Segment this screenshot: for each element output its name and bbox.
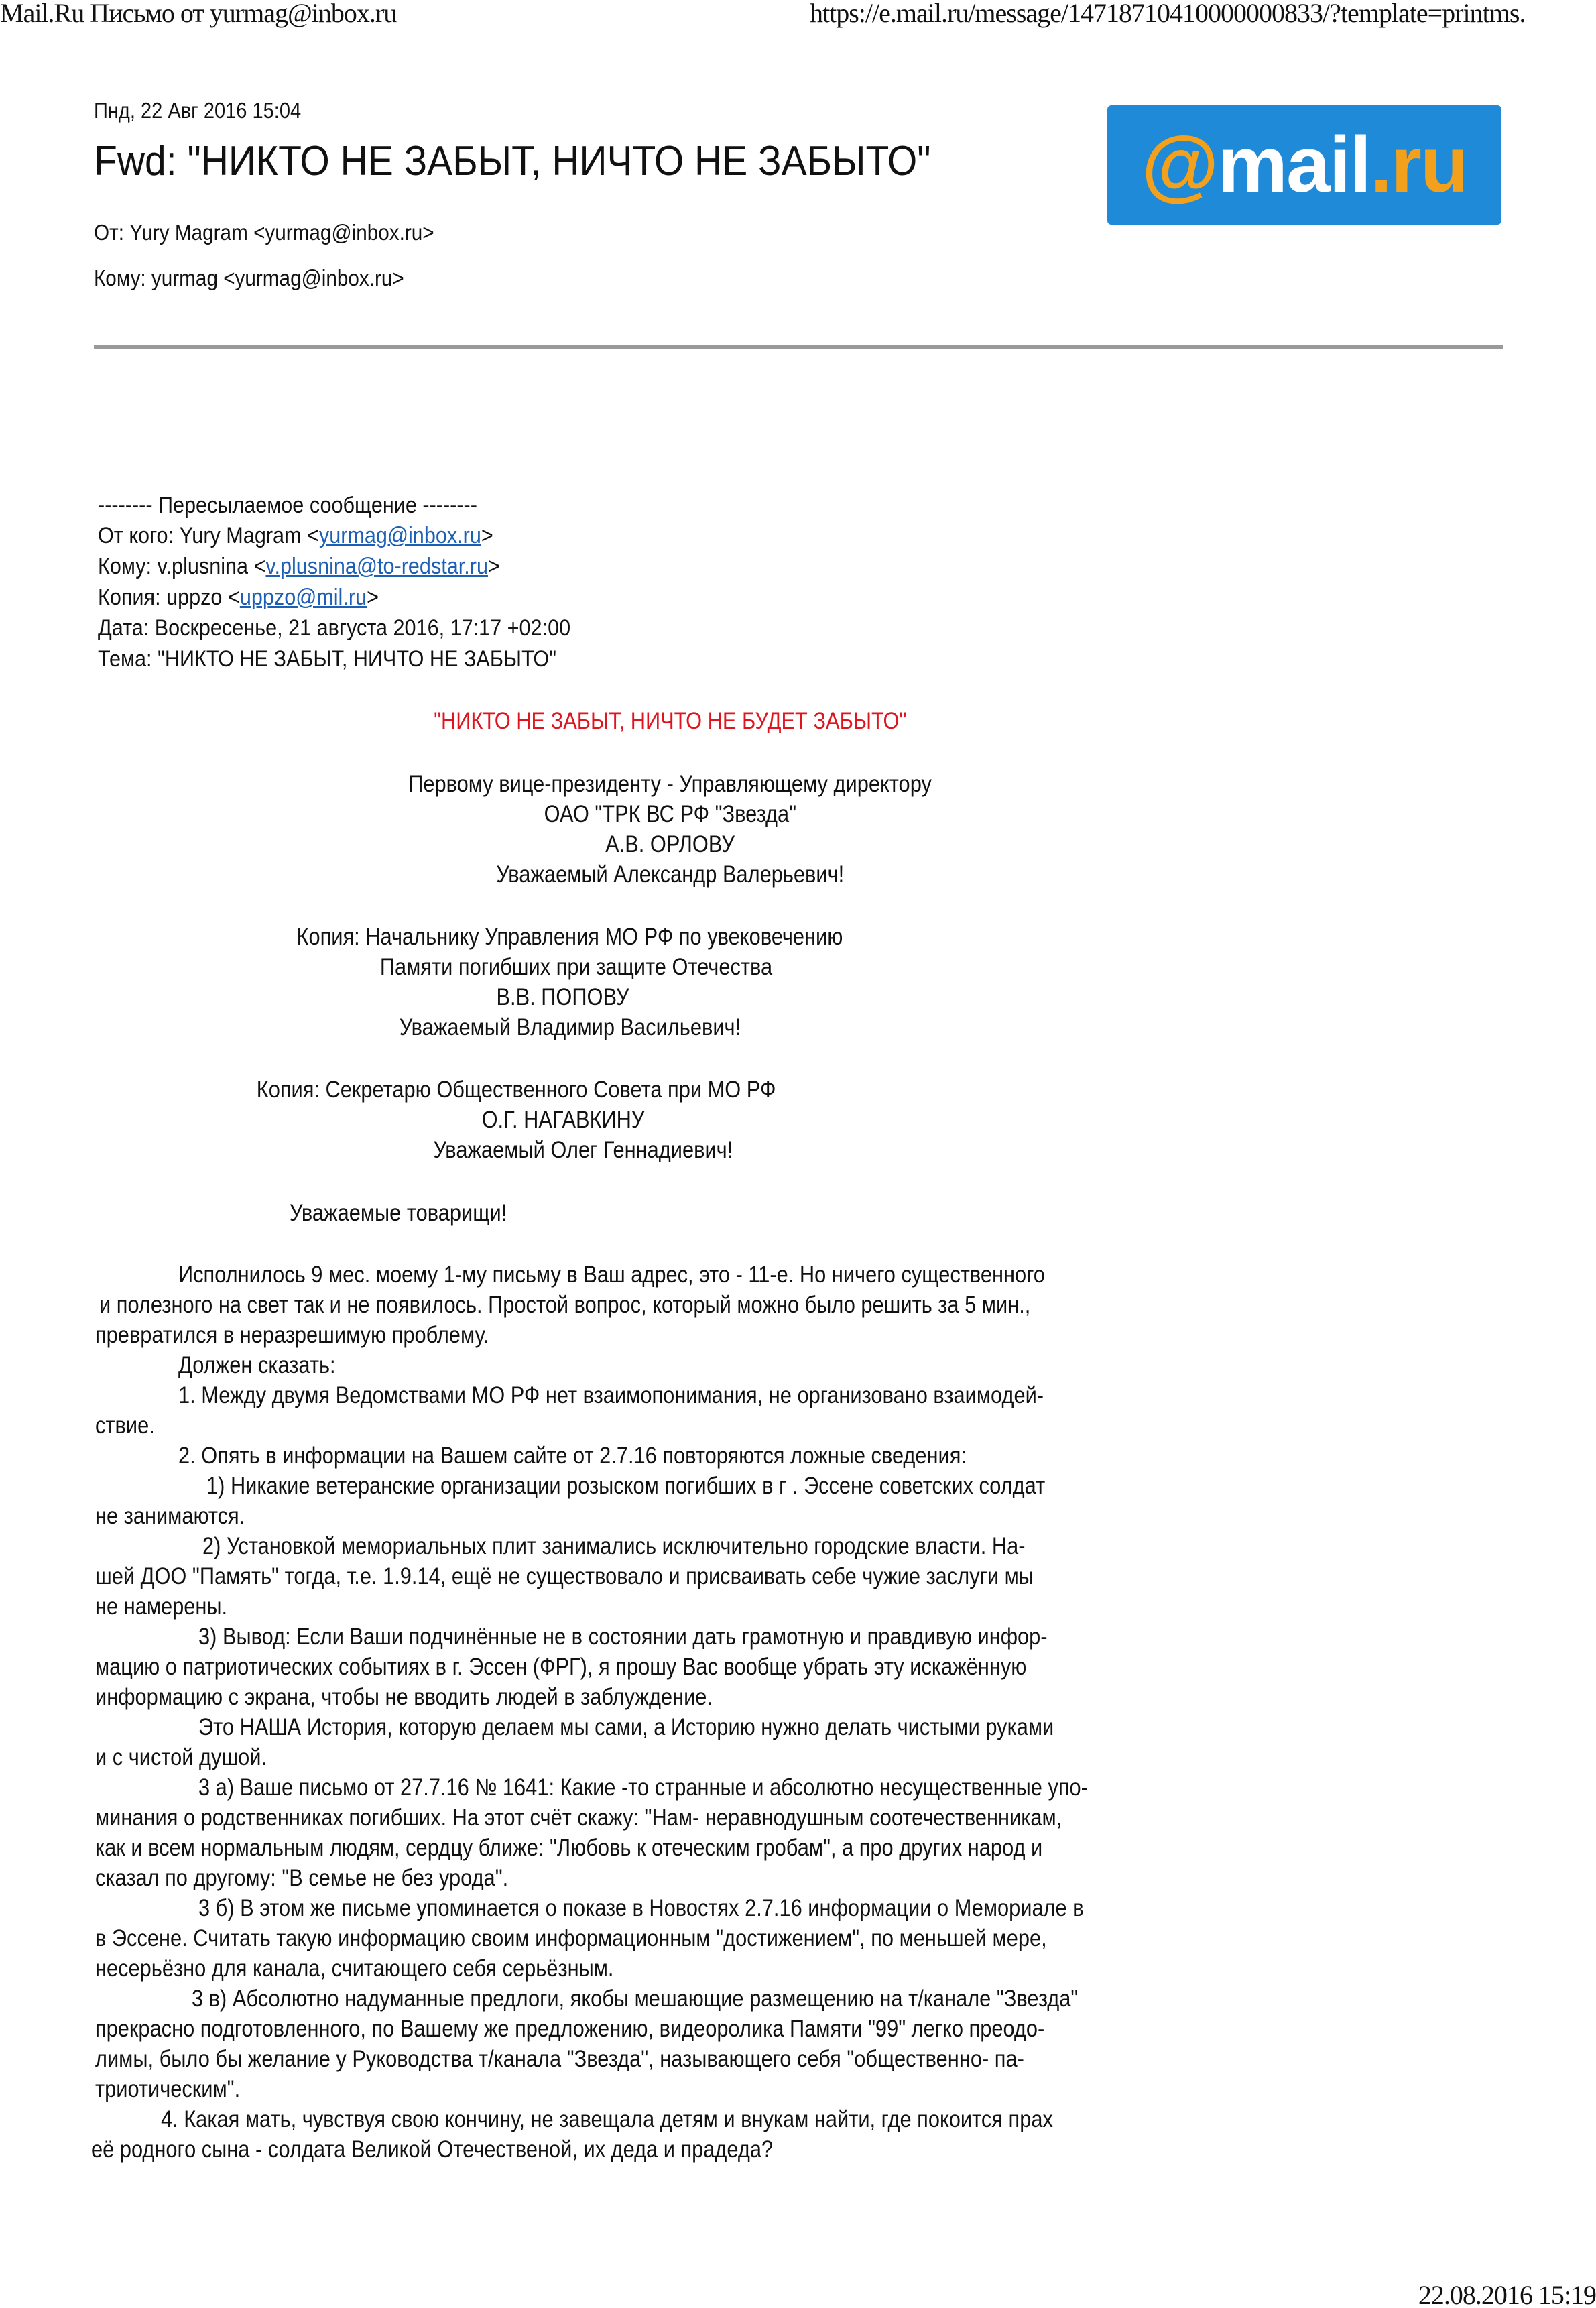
addressee2-line: В.В. ПОПОВУ — [0, 984, 1233, 1011]
addressee3-line: Копия: Секретарю Общественного Совета пр… — [0, 1077, 1186, 1103]
at-sign-icon: @ — [1142, 119, 1217, 210]
body-line: превратился в неразрешимую проблему. — [95, 1322, 489, 1349]
addressee2-line: Памяти погибших при защите Отечества — [0, 954, 1247, 981]
body-line: 3 а) Ваше письмо от 27.7.16 № 1641: Каки… — [198, 1774, 1088, 1801]
body-line: ствие. — [95, 1412, 155, 1439]
letter-red-title-text: "НИКТО НЕ ЗАБЫТ, НИЧТО НЕ БУДЕТ ЗАБЫТО" — [434, 708, 906, 735]
body-line: её родного сына - солдата Великой Отечес… — [91, 2136, 773, 2163]
body-line: несерьёзно для канала, считающего себя с… — [95, 1955, 613, 1982]
body-line: Это НАША История, которую делаем мы сами… — [198, 1714, 1054, 1741]
print-timestamp: 22.08.2016 15:19 — [1418, 2279, 1596, 2308]
addressee3-greeting: Уважаемый Олег Геннадиевич! — [0, 1137, 1253, 1164]
forwarded-to: Кому: v.plusnina <v.plusnina@to-redstar.… — [98, 554, 500, 580]
body-line: Исполнилось 9 мес. моему 1-му письму в В… — [178, 1262, 1045, 1288]
addressee2-line-text: Копия: Начальнику Управления МО РФ по ув… — [297, 924, 843, 951]
addressee3-line: О.Г. НАГАВКИНУ — [0, 1107, 1233, 1134]
body-line: не намерены. — [95, 1593, 227, 1620]
body-line: Должен сказать: — [178, 1352, 336, 1379]
body-line: мацию о патриотических событиях в г. Эсс… — [95, 1654, 1026, 1681]
bracket: > — [481, 523, 493, 548]
body-line: как и всем нормальным людям, сердцу ближ… — [95, 1835, 1042, 1862]
bracket: > — [488, 554, 500, 579]
body-line: шей ДОО "Память" тогда, т.е. 1.9.14, ещё… — [95, 1563, 1034, 1590]
forwarded-separator: -------- Пересылаемое сообщение -------- — [98, 493, 477, 519]
header-divider — [94, 345, 1503, 349]
logo-ru-text: ru — [1391, 119, 1467, 210]
body-line: 2. Опять в информации на Вашем сайте от … — [178, 1443, 967, 1469]
body-line: 3) Вывод: Если Ваши подчинённые не в сос… — [198, 1624, 1048, 1650]
addressee1-greeting: Уважаемый Александр Валерьевич! — [0, 861, 1341, 888]
body-line: и с чистой душой. — [95, 1744, 267, 1771]
mail-ru-logo: @mail.ru — [1107, 105, 1501, 225]
forwarded-cc-label: Копия: uppzo < — [98, 585, 240, 610]
forwarded-subject: Тема: "НИКТО НЕ ЗАБЫТ, НИЧТО НЕ ЗАБЫТО" — [98, 646, 556, 672]
forwarded-cc-email-link[interactable]: uppzo@mil.ru — [240, 585, 367, 610]
letter-greeting: Уважаемые товарищи! — [290, 1200, 507, 1227]
body-line: 4. Какая мать, чувствуя свою кончину, не… — [161, 2106, 1053, 2133]
forwarded-to-email-link[interactable]: v.plusnina@to-redstar.ru — [265, 554, 488, 579]
message-date: Пнд, 22 Авг 2016 15:04 — [94, 98, 301, 123]
addressee2-line-text: Памяти погибших при защите Отечества — [380, 954, 772, 981]
addressee3-greeting-text: Уважаемый Олег Геннадиевич! — [434, 1137, 733, 1164]
body-line: не занимаются. — [95, 1503, 245, 1530]
body-line: 2) Установкой мемориальных плит занимали… — [202, 1533, 1025, 1560]
addressee1-line: А.В. ОРЛОВУ — [0, 831, 1341, 858]
forwarded-to-label: Кому: v.plusnina < — [98, 554, 265, 579]
body-line: 3 в) Абсолютно надуманные предлоги, якоб… — [192, 1986, 1078, 2012]
message-subject: Fwd: "НИКТО НЕ ЗАБЫТ, НИЧТО НЕ ЗАБЫТО" — [94, 137, 930, 185]
addressee2-line: Копия: Начальнику Управления МО РФ по ув… — [0, 924, 1240, 951]
addressee1-line-text: А.В. ОРЛОВУ — [606, 831, 735, 858]
print-page-url: https://e.mail.ru/message/14718710410000… — [810, 0, 1525, 29]
body-line: 1) Никакие ветеранские организации розыс… — [206, 1473, 1045, 1500]
addressee1-line-text: Первому вице-президенту - Управляющему д… — [409, 771, 932, 798]
body-line: прекрасно подготовленного, по Вашему же … — [95, 2016, 1044, 2043]
forwarded-from-label: От кого: Yury Magram < — [98, 523, 319, 548]
message-to: Кому: yurmag <yurmag@inbox.ru> — [94, 265, 404, 291]
logo-mail-text: mail — [1217, 119, 1370, 210]
addressee3-line-text: Копия: Секретарю Общественного Совета пр… — [257, 1077, 776, 1103]
addressee3-line-text: О.Г. НАГАВКИНУ — [482, 1107, 645, 1134]
body-line: и полезного на свет так и не появилось. … — [99, 1292, 1030, 1319]
forwarded-cc: Копия: uppzo <uppzo@mil.ru> — [98, 585, 379, 611]
body-line: лимы, было бы желание у Руководства т/ка… — [95, 2046, 1024, 2073]
forwarded-from: От кого: Yury Magram <yurmag@inbox.ru> — [98, 523, 493, 549]
addressee1-line: Первому вице-президенту - Управляющему д… — [0, 771, 1341, 798]
forwarded-date: Дата: Воскресенье, 21 августа 2016, 17:1… — [98, 615, 570, 642]
print-page-title: Mail.Ru Письмо от yurmag@inbox.ru — [0, 0, 396, 29]
addressee1-line-text: ОАО "ТРК ВС РФ "Звезда" — [544, 801, 796, 828]
body-line: минания о родственниках погибших. На это… — [95, 1805, 1062, 1831]
body-line: 3 б) В этом же письме упоминается о пока… — [198, 1895, 1084, 1922]
forwarded-from-email-link[interactable]: yurmag@inbox.ru — [319, 523, 481, 548]
addressee2-line-text: В.В. ПОПОВУ — [497, 984, 629, 1011]
body-line: в Эссене. Считать такую информацию своим… — [95, 1925, 1047, 1952]
addressee2-greeting: Уважаемый Владимир Васильевич! — [0, 1014, 1240, 1041]
logo-dot: . — [1370, 119, 1391, 210]
body-line: сказал по другому: "В семье не без урода… — [95, 1865, 508, 1892]
bracket: > — [367, 585, 379, 610]
addressee2-greeting-text: Уважаемый Владимир Васильевич! — [399, 1014, 740, 1041]
addressee1-line: ОАО "ТРК ВС РФ "Звезда" — [0, 801, 1341, 828]
addressee1-greeting-text: Уважаемый Александр Валерьевич! — [497, 861, 845, 888]
body-line: информацию с экрана, чтобы не вводить лю… — [95, 1684, 713, 1711]
body-line: триотическим". — [95, 2076, 240, 2103]
body-line: 1. Между двумя Ведомствами МО РФ нет вза… — [178, 1382, 1044, 1409]
letter-red-title: "НИКТО НЕ ЗАБЫТ, НИЧТО НЕ БУДЕТ ЗАБЫТО" — [0, 708, 1341, 735]
message-from: От: Yury Magram <yurmag@inbox.ru> — [94, 220, 434, 245]
